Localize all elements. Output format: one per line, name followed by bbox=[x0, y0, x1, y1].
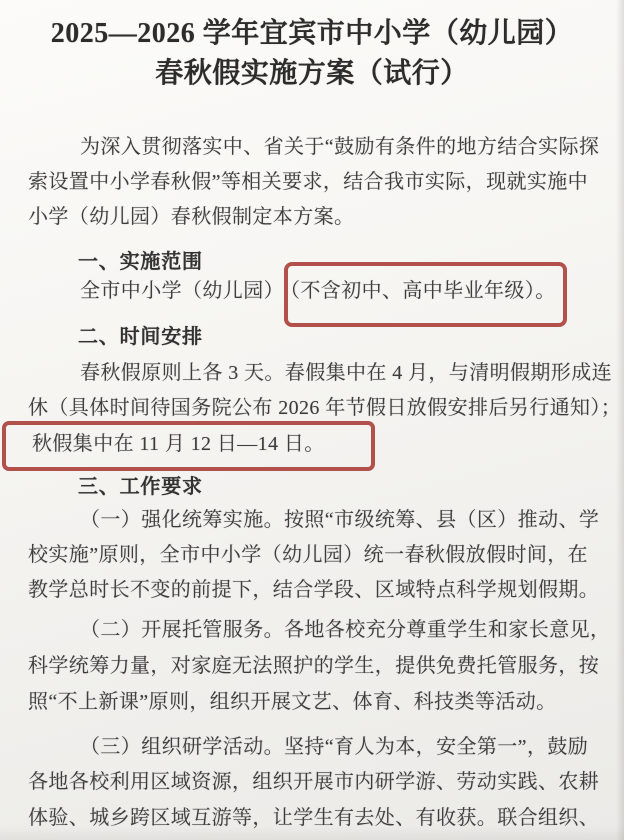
section-heading-schedule: 二、时间安排 bbox=[78, 319, 203, 355]
schedule-line-1: 春秋假原则上各 3 天。春假集中在 4 月，与清明假期形成连 bbox=[80, 355, 612, 391]
schedule-line-3: 秋假集中在 11 月 12 日—14 日。 bbox=[2, 426, 375, 462]
requirement3-line-2: 各地各校利用区域资源，组织开展市内研学游、劳动实践、农耕 bbox=[28, 764, 599, 800]
autumn-break-highlight-box: 秋假集中在 11 月 12 日—14 日。 bbox=[2, 421, 375, 471]
requirement2-line-3: 照“不上新课”原则，组织开展文艺、体育、科技类等活动。 bbox=[28, 684, 557, 720]
intro-line-3: 小学（幼儿园）春秋假制定本方案。 bbox=[28, 199, 354, 235]
intro-line-2: 索设置中小学春秋假”等相关要求，结合我市实际，现就实施中 bbox=[28, 164, 588, 200]
scope-highlight-box: （不含初中、高中毕业年级）。 bbox=[284, 262, 567, 327]
document-title-line-2: 春秋假实施方案（试行） bbox=[0, 54, 624, 94]
requirement3-line-3: 体验、城乡跨区域互游等，让学生有去处、有收获。联合组织、 bbox=[28, 800, 599, 836]
requirement2-line-1: （二）开展托管服务。各地各校充分尊重学生和家长意见， bbox=[80, 612, 610, 648]
document-page: 2025—2026 学年宜宾市中小学（幼儿园） 春秋假实施方案（试行） 为深入贯… bbox=[0, 0, 624, 840]
requirement1-line-3: 教学总时长不变的前提下，结合学段、区域特点科学规划假期。 bbox=[28, 572, 599, 608]
requirement3-line-1: （三）组织研学活动。坚持“育人为本，安全第一”，鼓励 bbox=[80, 729, 588, 765]
requirement2-line-2: 科学统筹力量，对家庭无法照护的学生，提供免费托管服务，按 bbox=[28, 648, 599, 684]
document-title-line-1: 2025—2026 学年宜宾市中小学（幼儿园） bbox=[0, 14, 624, 54]
requirement1-line-2: 校实施”原则，全市中小学（幼儿园）统一春秋假放假时间，在 bbox=[28, 537, 588, 573]
section-heading-requirements: 三、工作要求 bbox=[78, 469, 203, 505]
scope-line: 全市中小学（幼儿园）（不含初中、高中毕业年级）。 bbox=[80, 273, 567, 309]
requirement1-line-1: （一）强化统筹实施。按照“市级统筹、县（区）推动、学 bbox=[80, 502, 599, 538]
intro-line-1: 为深入贯彻落实中、省关于“鼓励有条件的地方结合实际探 bbox=[80, 129, 599, 165]
scope-prefix: 全市中小学（幼儿园） bbox=[80, 280, 284, 302]
